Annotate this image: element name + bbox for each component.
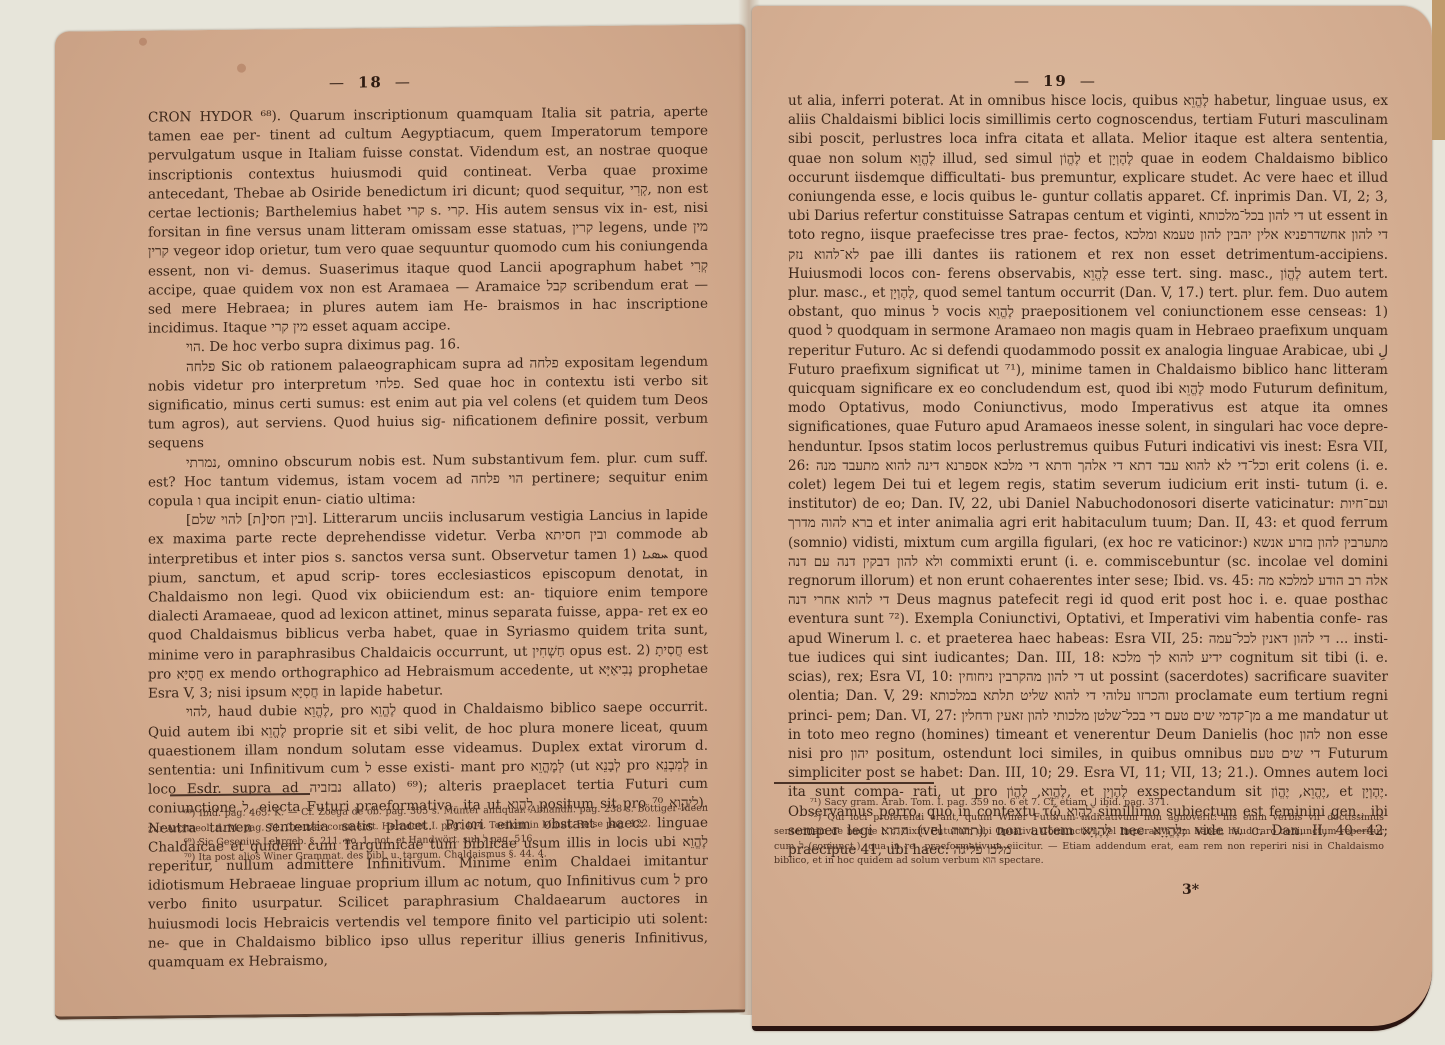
folio-dash-right: — [395, 73, 412, 91]
paragraph: CRON HYDOR ⁶⁸). Quarum inscriptionum qua… [148, 103, 708, 339]
left-footnotes: ⁶⁸) Ibid. pag. 465. K. — Cf. Zoega de ob… [148, 802, 708, 866]
right-page: —19— ut alia, inferri poterat. At in omn… [752, 6, 1432, 1031]
page-number: 19 [1043, 72, 1068, 90]
folio-dash-left: — [329, 74, 346, 92]
footnote-72: ⁷²) Qui loci proferendi erant, quum Wine… [774, 811, 1384, 869]
footnote-68: ⁶⁸) Ibid. pag. 465. K. — Cf. Zoega de ob… [148, 802, 708, 837]
footnote-71: ⁷¹) Sacy gram. Arab. Tom. I. pag. 359 no… [774, 796, 1384, 811]
page-number: 18 [358, 73, 383, 91]
page-number-19: —19— [1002, 72, 1109, 90]
paragraph: [ובין חסי[ת] להוי שלם]. Litterarum uncii… [148, 506, 708, 704]
signature-mark: 3* [1182, 882, 1199, 898]
left-page: —18— CRON HYDOR ⁶⁸). Quarum inscriptionu… [55, 24, 745, 1019]
page-number-18: —18— [317, 73, 424, 92]
right-body-text: ut alia, inferri poterat. At in omnibus … [788, 92, 1388, 860]
paragraph: ut alia, inferri poterat. At in omnibus … [788, 92, 1388, 860]
right-footnotes: ⁷¹) Sacy gram. Arab. Tom. I. pag. 359 no… [774, 796, 1384, 869]
foxing-spot [237, 64, 246, 73]
foxing-spot [139, 38, 147, 46]
paragraph: נמרתי, omnino obscurum nobis est. Num su… [148, 448, 708, 511]
folio-dash-left: — [1014, 72, 1031, 90]
footnote-rule [774, 782, 934, 784]
page-edge-tab [1432, 0, 1445, 140]
paragraph: פלחה Sic ob rationem palaeographicam sup… [148, 352, 708, 454]
folio-dash-right: — [1080, 72, 1097, 90]
